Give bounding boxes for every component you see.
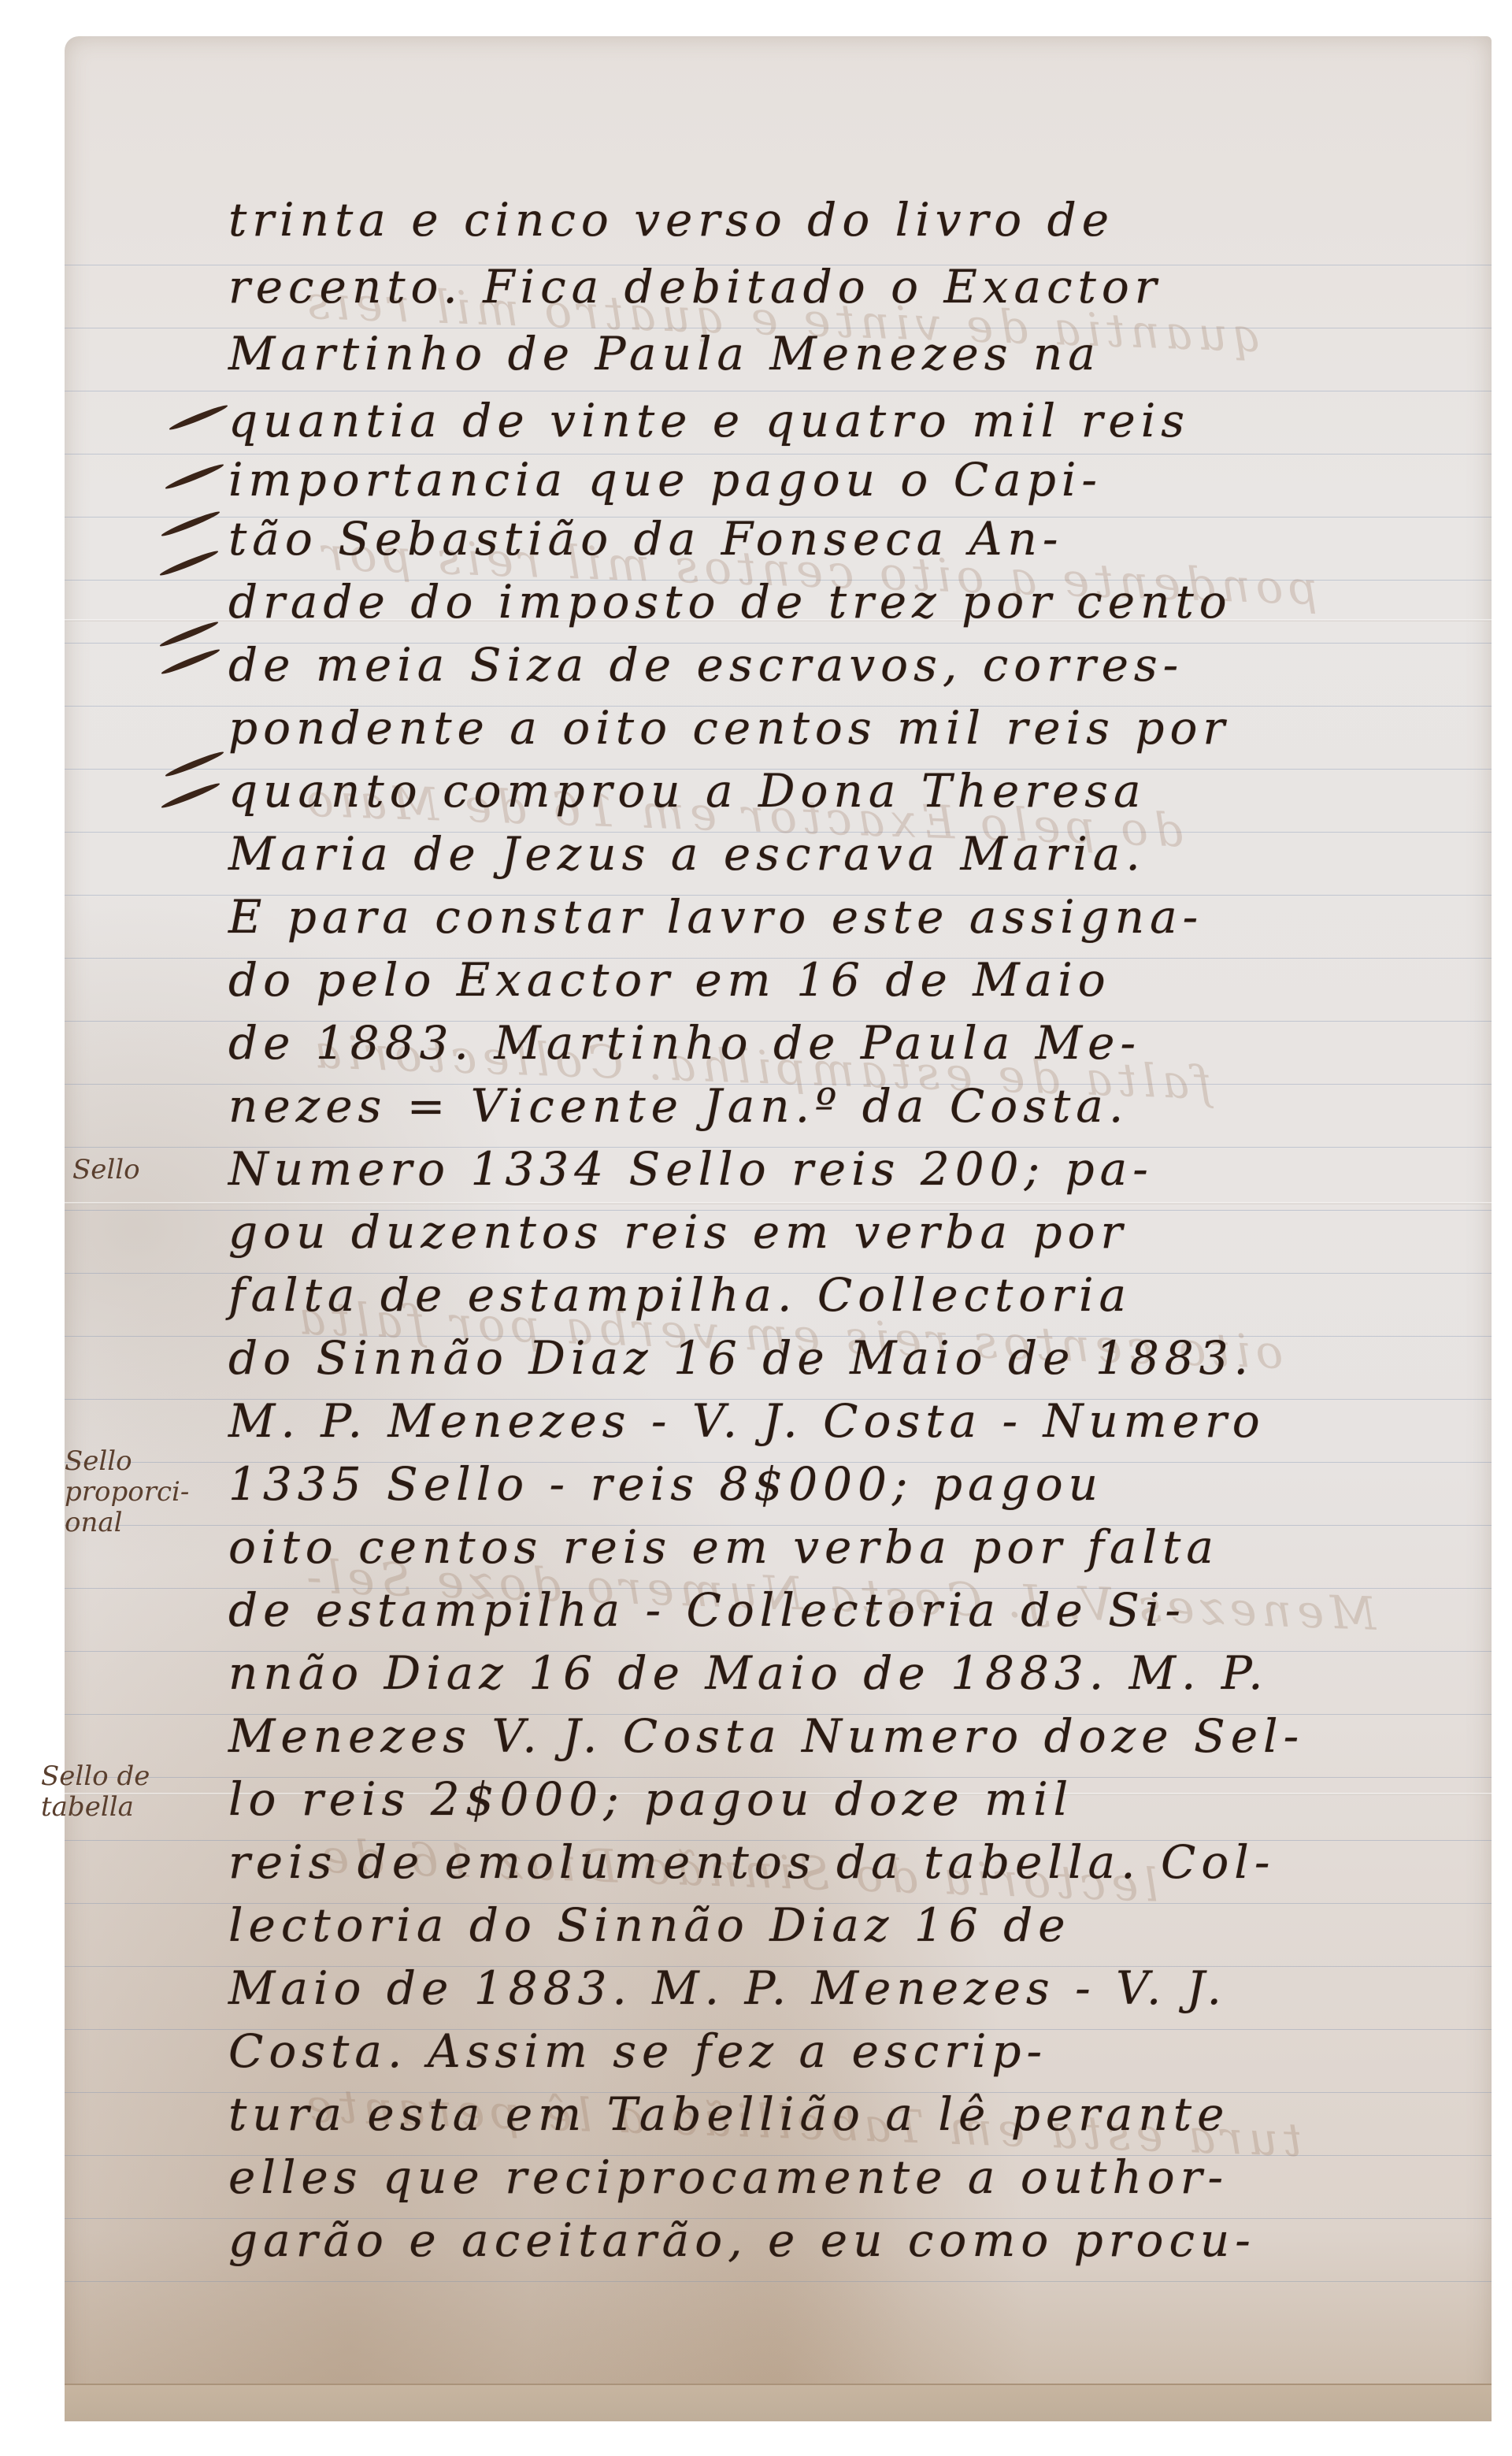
margin-tick-mark — [160, 509, 220, 538]
text-line: de estampilha - Collectoria de Si- — [228, 1587, 1480, 1633]
text-line: E para constar lavro este assigna- — [228, 894, 1480, 940]
text-line: falta de estampilha. Collectoria — [228, 1272, 1480, 1318]
margin-tick-mark — [168, 403, 228, 432]
text-line: de meia Siza de escravos, corres- — [228, 642, 1480, 688]
text-line: Maria de Jezus a escrava Maria. — [228, 831, 1480, 877]
text-line: quanto comprou a Dona Theresa — [228, 768, 1480, 814]
text-line: Maio de 1883. M. P. Menezes - V. J. — [228, 1965, 1480, 2011]
text-line: importancia que pagou o Capi- — [228, 457, 1480, 503]
text-line: Martinho de Paula Menezes na — [228, 331, 1480, 377]
margin-tick-mark — [164, 462, 224, 491]
text-line: M. P. Menezes - V. J. Costa - Numero — [228, 1398, 1480, 1444]
margin-note-sello: Sello — [72, 1155, 140, 1185]
ruled-line — [65, 2281, 1492, 2282]
text-line: do pelo Exactor em 16 de Maio — [228, 957, 1480, 1003]
ruled-line — [65, 391, 1492, 391]
margin-tick-mark — [160, 781, 220, 810]
text-line: Costa. Assim se fez a escrip- — [228, 2028, 1480, 2074]
margin-note-sello-proporcional: Sello proporci- onal — [65, 1446, 189, 1538]
text-line: de 1883. Martinho de Paula Me- — [228, 1020, 1480, 1066]
text-line: oito centos reis em verba por falta — [228, 1524, 1480, 1570]
margin-tick-mark — [164, 749, 224, 778]
text-line: drade do imposto de trez por cento — [228, 579, 1480, 625]
text-line: recento. Fica debitado o Exactor — [228, 264, 1480, 310]
text-line: elles que reciprocamente a outhor- — [228, 2154, 1480, 2200]
text-line: do Sinnão Diaz 16 de Maio de 1883. — [228, 1335, 1480, 1381]
text-line: pondente a oito centos mil reis por — [228, 705, 1480, 751]
paper-bottom-edge — [65, 2384, 1492, 2421]
text-line: nnão Diaz 16 de Maio de 1883. M. P. — [228, 1650, 1480, 1696]
text-line: 1335 Sello - reis 8$000; pagou — [228, 1461, 1480, 1507]
text-line: quantia de vinte e quatro mil reis — [228, 398, 1480, 443]
text-line: Numero 1334 Sello reis 200; pa- — [228, 1146, 1480, 1192]
text-line: garão e aceitarão, e eu como procu- — [228, 2217, 1480, 2263]
margin-note-sello-de-tabella: Sello de tabella — [41, 1761, 150, 1823]
text-line: nezes = Vicente Jan.º da Costa. — [228, 1083, 1480, 1129]
text-line: Menezes V. J. Costa Numero doze Sel- — [228, 1713, 1480, 1759]
text-line: lectoria do Sinnão Diaz 16 de — [228, 1902, 1480, 1948]
text-line: tura esta em Tabellião a lê perante — [228, 2091, 1480, 2137]
text-line: gou duzentos reis em verba por — [228, 1209, 1480, 1255]
margin-tick-mark — [158, 548, 219, 577]
text-line: lo reis 2$000; pagou doze mil — [228, 1776, 1480, 1822]
text-line: trinta e cinco verso do livro de — [228, 197, 1480, 243]
margin-tick-mark — [158, 619, 219, 648]
fold-crease — [65, 1202, 1492, 1204]
text-line: tão Sebastião da Fonseca An- — [228, 516, 1480, 562]
text-line: reis de emolumentos da tabella. Col- — [228, 1839, 1480, 1885]
margin-tick-mark — [160, 647, 220, 676]
